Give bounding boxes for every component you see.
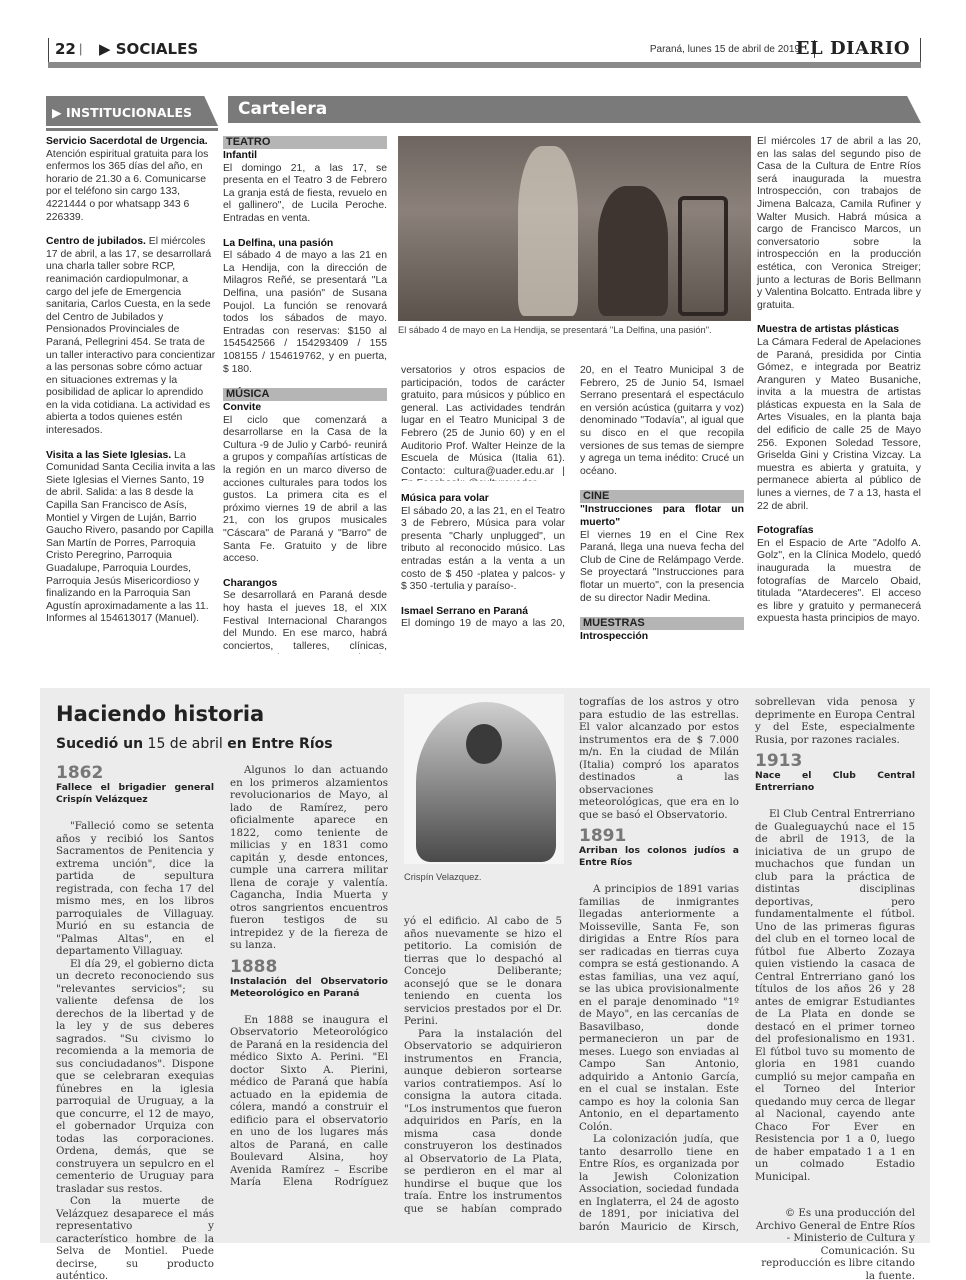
category-muestras: MUESTRAS xyxy=(580,617,744,630)
cartelera-label: Cartelera xyxy=(238,99,327,119)
headline: Fallece el brigadier general Crispín Vel… xyxy=(56,782,214,806)
item-extra: Informes al 154613017 (Manuel). xyxy=(46,613,216,626)
paragraph: En 1888 se inaugura el Observatorio Mete… xyxy=(230,1014,388,1188)
page-header: 22 | ▶ SOCIALES Paraná, lunes 15 de abri… xyxy=(48,38,921,64)
portrait-photo xyxy=(404,694,564,864)
theatre-photo xyxy=(398,136,751,321)
subhead: Convite xyxy=(223,402,387,415)
portrait-caption: Crispín Velazquez. xyxy=(404,872,482,882)
institucionales-rule xyxy=(46,128,218,131)
category-musica: MÚSICA xyxy=(223,388,387,401)
subhead: Introspección xyxy=(580,631,744,644)
body: El domingo 21, a las 17, se presenta en … xyxy=(223,163,387,226)
figure xyxy=(598,186,668,316)
history-subtitle: Sucedió un 15 de abril en Entre Ríos xyxy=(56,736,333,752)
header-rule xyxy=(48,62,921,68)
category-cine: CINE xyxy=(580,490,744,503)
subhead: Ismael Serrano en Paraná xyxy=(401,606,565,619)
credit-note: © Es una producción del Archivo General … xyxy=(755,1207,915,1280)
category-teatro: TEATRO xyxy=(223,136,387,149)
cartelera-tab: Cartelera xyxy=(228,96,921,123)
body: Se desarrollará en Paraná desde hoy hast… xyxy=(223,590,387,654)
paragraph: Para la instalación del Observatorio se … xyxy=(404,1028,562,1216)
body: En el Espacio de Arte "Adolfo A. Golz", … xyxy=(757,538,921,626)
body: El sábado 4 de mayo a las 21 en La Hendi… xyxy=(223,250,387,376)
page-number: 22 xyxy=(55,40,76,58)
paragraph: A principios de 1891 varias familias de … xyxy=(579,883,739,1133)
paragraph: sobrellevan vida penosa y deprimente en … xyxy=(755,696,915,746)
subhead: Muestra de artistas plásticas xyxy=(757,324,921,337)
paragraph: "Falleció como se setenta años y recibió… xyxy=(56,820,214,958)
subhead: "Instrucciones para flotar un muerto" xyxy=(580,504,744,529)
item-body: La Comunidad Santa Cecilia invita a las … xyxy=(46,450,215,612)
history-column-5: sobrellevan vida penosa y deprimente en … xyxy=(755,696,915,1280)
history-title: Haciendo historia xyxy=(56,702,264,726)
rocking-chair xyxy=(678,196,728,316)
item-jubilados: Centro de jubilados. El miércoles 17 de … xyxy=(46,236,216,438)
paragraph: Algunos lo dan actuando en los primeros … xyxy=(230,764,388,952)
subtitle-part: Sucedió un xyxy=(56,736,143,752)
body: El sábado 20, a las 21, en el Teatro 3 d… xyxy=(401,506,565,594)
subtitle-date: 15 de abril xyxy=(143,736,227,752)
body: El ciclo que comenzará a desarrollarse e… xyxy=(223,415,387,566)
subhead: La Delfina, una pasión xyxy=(223,238,387,251)
item-servicio: Servicio Sacerdotal de Urgencia. Atenció… xyxy=(46,136,216,224)
paragraph: Con la muerte de Velázquez desaparece el… xyxy=(56,1195,214,1280)
portrait-head xyxy=(466,724,502,764)
history-column-4: tografías de los astros y otro para estu… xyxy=(579,696,739,1233)
section-name: ▶ SOCIALES xyxy=(99,40,198,58)
headline: Nace el Club Central Entrerriano xyxy=(755,770,915,794)
institucionales-label: ▶ INSTITUCIONALES xyxy=(52,105,192,120)
paragraph: yó el edificio. Al cabo de 5 años nuevam… xyxy=(404,915,562,1028)
year-1888: 1888 xyxy=(230,958,388,976)
separator: | xyxy=(79,41,82,56)
year-1862: 1862 xyxy=(56,764,214,782)
item-body: El miércoles 17 de abril, a las 17, se d… xyxy=(46,236,215,436)
subtitle-part: en Entre Ríos xyxy=(227,736,332,752)
paragraph: El Club Central Entrerriano de Gualeguay… xyxy=(755,808,915,1183)
item-iglesias: Visita a las Siete Iglesias. La Comunida… xyxy=(46,450,216,614)
cartelera-column-1: TEATRO Infantil El domingo 21, a las 17,… xyxy=(223,136,387,654)
cartelera-column-2: versatorios y otros espacios de particip… xyxy=(401,365,565,631)
paragraph: El día 29, el gobierno dicta un decreto … xyxy=(56,958,214,1196)
subhead: Infantil xyxy=(223,150,387,163)
cartelera-column-4: El miércoles 17 de abril a las 20, en la… xyxy=(757,136,921,626)
issue-date: Paraná, lunes 15 de abril de 2019 xyxy=(650,44,800,55)
year-1913: 1913 xyxy=(755,752,915,770)
headline: Instalación del Observatorio Meteorológi… xyxy=(230,976,388,1000)
headline: Arriban los colonos judíos a Entre Ríos xyxy=(579,845,739,869)
subhead: Música para volar xyxy=(401,493,565,506)
charangos-continued: versatorios y otros espacios de particip… xyxy=(401,365,565,481)
item-title: Servicio Sacerdotal de Urgencia. xyxy=(46,136,208,147)
newspaper-logo: EL DIARIO xyxy=(796,38,910,59)
history-column-1: 1862 Fallece el brigadier general Crispí… xyxy=(56,758,214,1280)
body: El viernes 19 en el Cine Rex Paraná, lle… xyxy=(580,530,744,606)
year-1891: 1891 xyxy=(579,827,739,845)
body: El domingo 19 de mayo a las 20, en el Te… xyxy=(401,618,565,631)
subhead: Fotografías xyxy=(757,525,921,538)
institucionales-tab: ▶ INSTITUCIONALES xyxy=(46,96,218,126)
body: La Cámara Federal de Apelaciones de Para… xyxy=(757,337,921,513)
item-body: Atención espiritual gratuita para los en… xyxy=(46,149,208,223)
paragraph: La colonización judía, que tanto desarro… xyxy=(579,1133,739,1233)
institucionales-column: Servicio Sacerdotal de Urgencia. Atenció… xyxy=(46,136,216,626)
history-column-2: Algunos lo dan actuando en los primeros … xyxy=(230,764,388,1188)
item-title: Centro de jubilados. xyxy=(46,236,146,247)
figure xyxy=(518,146,578,316)
photo-caption: El sábado 4 de mayo en La Hendija, se pr… xyxy=(398,325,712,335)
paragraph: tografías de los astros y otro para estu… xyxy=(579,696,739,821)
body: El miércoles 17 de abril a las 20, en la… xyxy=(757,136,921,312)
serrano-continued: 20, en el Teatro Municipal 3 de Febrero,… xyxy=(580,365,744,478)
history-column-3: yó el edificio. Al cabo de 5 años nuevam… xyxy=(404,915,562,1216)
item-title: Visita a las Siete Iglesias. xyxy=(46,450,171,461)
cartelera-column-3: 20, en el Teatro Municipal 3 de Febrero,… xyxy=(580,365,744,644)
subhead: Charangos xyxy=(223,578,387,591)
